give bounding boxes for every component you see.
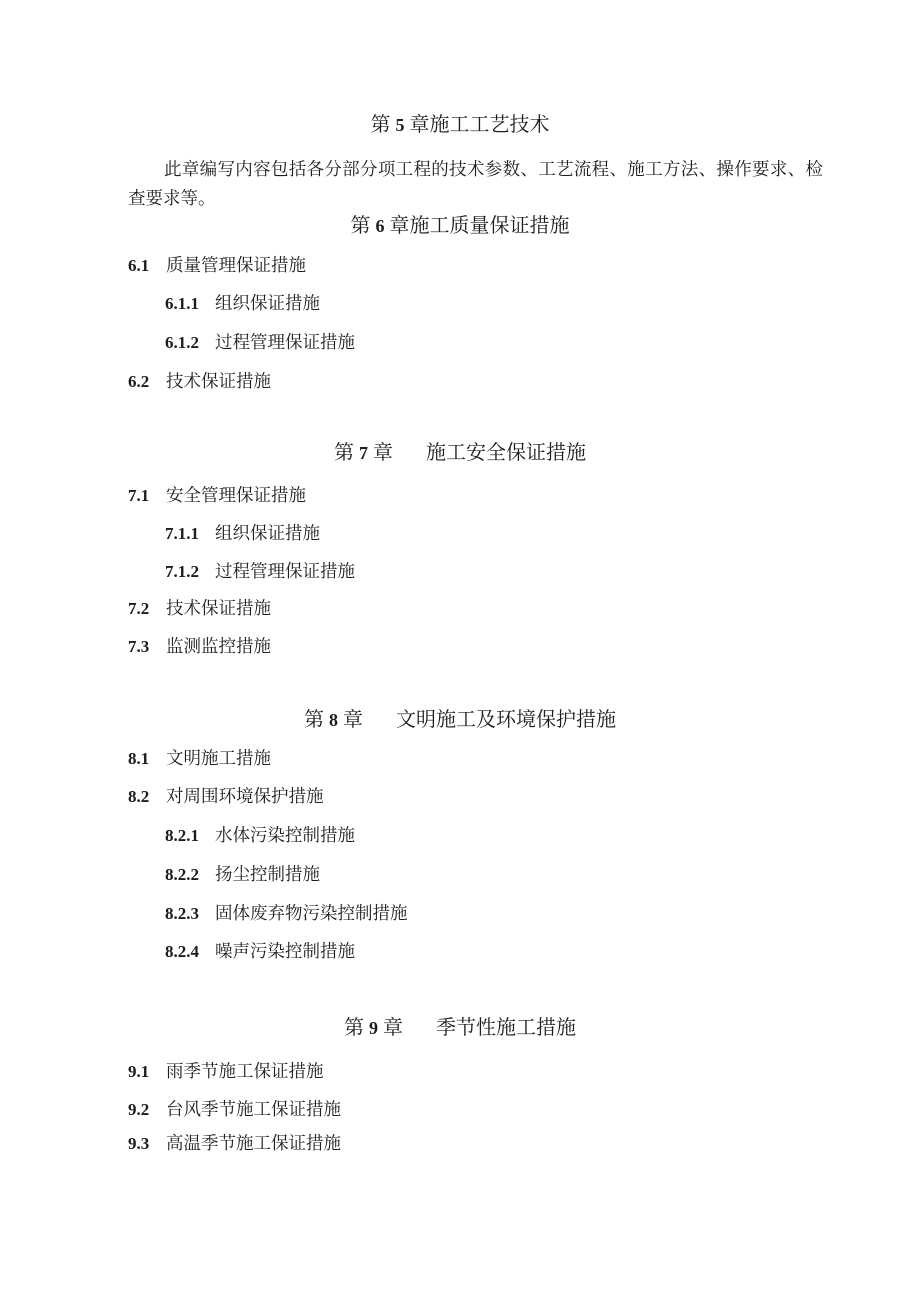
item-number: 8.1 [128, 747, 166, 771]
item-number: 8.2.4 [165, 940, 215, 964]
item-number: 8.2.2 [165, 863, 215, 887]
chapter-title: 施工工艺技术 [430, 114, 550, 136]
outline-item-7-1-2: 7.1.2过程管理保证措施 [165, 559, 355, 583]
item-label: 扬尘控制措施 [215, 864, 320, 884]
chapter-title: 施工安全保证措施 [426, 442, 586, 464]
item-label: 台风季节施工保证措施 [166, 1099, 341, 1119]
chapter-number: 5 [396, 115, 405, 135]
outline-item-6-1: 6.1质量管理保证措施 [128, 253, 306, 277]
item-number: 8.2.1 [165, 824, 215, 848]
chapter-number: 9 [369, 1018, 378, 1038]
chapter-number-suffix: 章 [410, 114, 430, 136]
item-label: 固体废弃物污染控制措施 [215, 903, 408, 923]
item-number: 8.2.3 [165, 902, 215, 926]
outline-item-7-1: 7.1安全管理保证措施 [128, 483, 306, 507]
item-label: 安全管理保证措施 [166, 485, 306, 505]
item-number: 7.3 [128, 635, 166, 659]
item-label: 技术保证措施 [166, 598, 271, 618]
item-number: 7.1.2 [165, 560, 215, 584]
item-number: 6.1 [128, 254, 166, 278]
item-label: 过程管理保证措施 [215, 332, 355, 352]
item-label: 组织保证措施 [215, 523, 320, 543]
item-number: 8.2 [128, 785, 166, 809]
chapter-9-heading: 第9章季节性施工措施 [60, 1015, 860, 1041]
chapter-number-prefix: 第 [304, 709, 324, 731]
chapter-title: 文明施工及环境保护措施 [396, 709, 616, 731]
body-paragraph: 此章编写内容包括各分部分项工程的技术参数、工艺流程、施工方法、操作要求、检查要求… [128, 155, 823, 212]
document-page: 第5章施工工艺技术 此章编写内容包括各分部分项工程的技术参数、工艺流程、施工方法… [0, 0, 920, 1301]
chapter-number-prefix: 第 [371, 114, 391, 136]
chapter-8-heading: 第8章文明施工及环境保护措施 [60, 707, 860, 733]
item-number: 9.3 [128, 1132, 166, 1156]
outline-item-8-2-3: 8.2.3固体废弃物污染控制措施 [165, 901, 408, 925]
chapter-number-suffix: 章 [373, 442, 393, 464]
chapter-number-prefix: 第 [351, 215, 371, 237]
item-number: 6.2 [128, 370, 166, 394]
chapter-number-prefix: 第 [344, 1017, 364, 1039]
outline-item-9-2: 9.2台风季节施工保证措施 [128, 1097, 341, 1121]
item-number: 6.1.1 [165, 292, 215, 316]
item-number: 6.1.2 [165, 331, 215, 355]
item-number: 9.1 [128, 1060, 166, 1084]
chapter-5-heading: 第5章施工工艺技术 [60, 112, 860, 138]
outline-item-7-1-1: 7.1.1组织保证措施 [165, 521, 320, 545]
chapter-7-heading: 第7章施工安全保证措施 [60, 440, 860, 466]
chapter-title: 季节性施工措施 [436, 1017, 576, 1039]
item-number: 9.2 [128, 1098, 166, 1122]
outline-item-8-2-4: 8.2.4噪声污染控制措施 [165, 939, 355, 963]
item-label: 文明施工措施 [166, 748, 271, 768]
item-label: 噪声污染控制措施 [215, 941, 355, 961]
item-number: 7.2 [128, 597, 166, 621]
item-label: 监测监控措施 [166, 636, 271, 656]
item-label: 雨季节施工保证措施 [166, 1061, 324, 1081]
chapter-number-suffix: 章 [383, 1017, 403, 1039]
chapter-number: 7 [359, 443, 368, 463]
chapter-number: 6 [376, 216, 385, 236]
outline-item-8-2-2: 8.2.2扬尘控制措施 [165, 862, 320, 886]
item-label: 高温季节施工保证措施 [166, 1133, 341, 1153]
outline-item-8-1: 8.1文明施工措施 [128, 746, 271, 770]
outline-item-8-2-1: 8.2.1水体污染控制措施 [165, 823, 355, 847]
item-number: 7.1.1 [165, 522, 215, 546]
outline-item-7-3: 7.3监测监控措施 [128, 634, 271, 658]
item-label: 质量管理保证措施 [166, 255, 306, 275]
item-label: 对周围环境保护措施 [166, 786, 324, 806]
item-label: 技术保证措施 [166, 371, 271, 391]
outline-item-6-2: 6.2技术保证措施 [128, 369, 271, 393]
item-label: 过程管理保证措施 [215, 561, 355, 581]
item-label: 水体污染控制措施 [215, 825, 355, 845]
chapter-number-prefix: 第 [334, 442, 354, 464]
chapter-number-suffix: 章 [390, 215, 410, 237]
chapter-number: 8 [329, 710, 338, 730]
outline-item-6-1-2: 6.1.2过程管理保证措施 [165, 330, 355, 354]
outline-item-9-1: 9.1雨季节施工保证措施 [128, 1059, 324, 1083]
item-number: 7.1 [128, 484, 166, 508]
outline-item-9-3: 9.3高温季节施工保证措施 [128, 1131, 341, 1155]
item-label: 组织保证措施 [215, 293, 320, 313]
outline-item-8-2: 8.2对周围环境保护措施 [128, 784, 324, 808]
chapter-number-suffix: 章 [343, 709, 363, 731]
outline-item-7-2: 7.2技术保证措施 [128, 596, 271, 620]
outline-item-6-1-1: 6.1.1组织保证措施 [165, 291, 320, 315]
chapter-title: 施工质量保证措施 [410, 215, 570, 237]
chapter-6-heading: 第6章施工质量保证措施 [60, 213, 860, 239]
